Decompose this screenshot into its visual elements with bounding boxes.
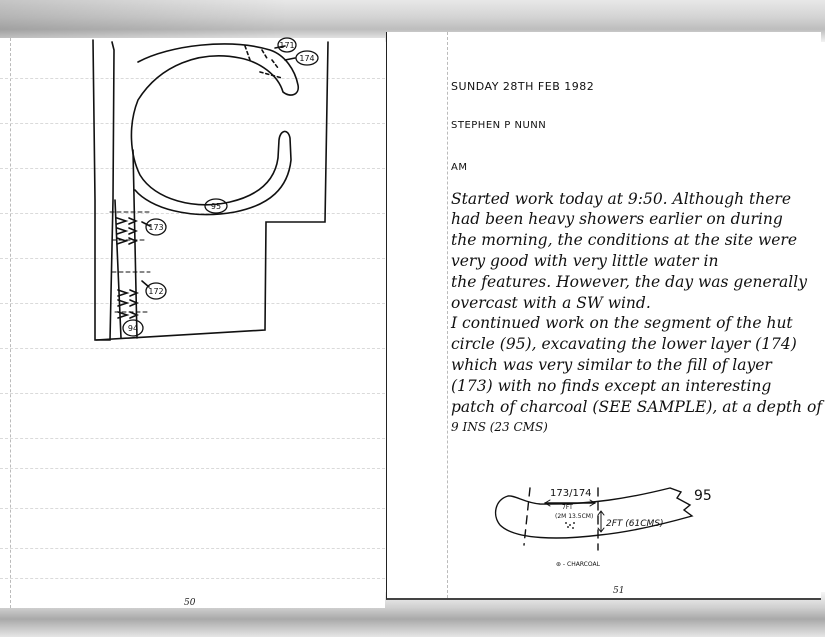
sketch-feature-number: 95 [694,488,712,504]
sketch-width-label: 2FT (61CMS) [606,519,664,529]
sketch-length-metric: (2M 13.5CM) [555,513,593,520]
sketch-length-label: 7FT [562,504,573,511]
sketch-legend: ⊛ - CHARCOAL [556,561,601,568]
section-sketch: 173/174 7FT (2M 13.5CM) 2FT (61CMS) 95 ⊛… [0,0,825,637]
notebook-scan: 50 [0,0,825,637]
sketch-layer-label: 173/174 [550,488,592,499]
charcoal-patch-icon [565,522,575,529]
